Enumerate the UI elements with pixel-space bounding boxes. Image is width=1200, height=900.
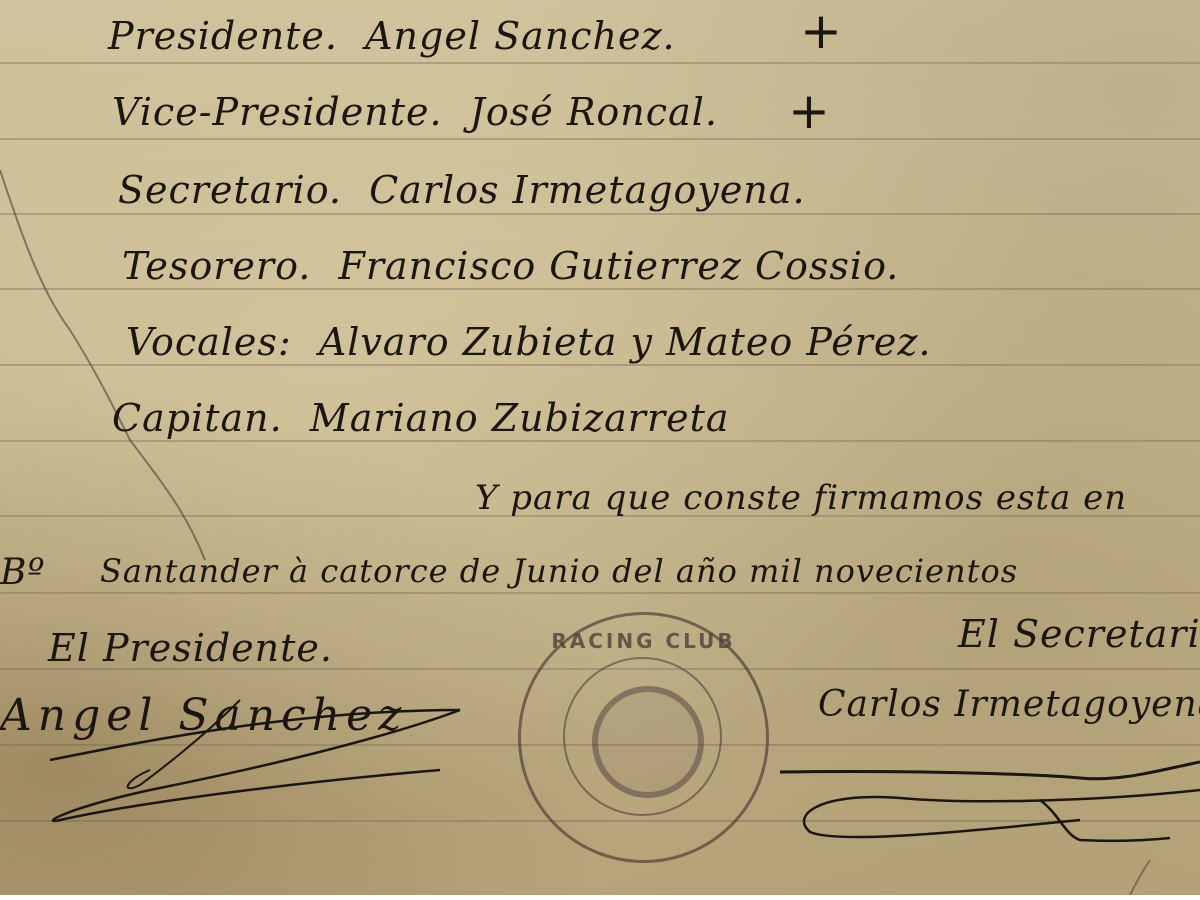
member-name: Francisco Gutierrez Cossio. (338, 244, 899, 288)
member-name: Angel Sanchez. (365, 14, 675, 58)
role-label: Vice-Presidente. (112, 90, 443, 134)
closing-line-1: Y para que conste firmamos esta en (475, 478, 1127, 518)
role-label: Capitan. (112, 396, 283, 440)
president-signature-flourish (0, 660, 500, 860)
margin-note: Bº (0, 552, 45, 593)
club-stamp: RACING CLUB (518, 612, 769, 863)
deceased-cross-icon: + (788, 82, 830, 140)
board-row-captain: Capitan. Mariano Zubizarreta (112, 396, 730, 440)
closing-line-2: Santander à catorce de Junio del año mil… (100, 552, 1018, 590)
role-label: Tesorero. (122, 244, 311, 288)
deceased-cross-icon: + (800, 2, 842, 60)
board-row-members: Vocales: Alvaro Zubieta y Mateo Pérez. (126, 320, 931, 364)
secretary-signature-flourish (780, 760, 1200, 870)
stamp-inner-ring (563, 657, 722, 816)
board-row-secretary: Secretario. Carlos Irmetagoyena. (118, 168, 806, 212)
role-label: Presidente. (108, 14, 338, 58)
secretary-label: El Secretario (958, 612, 1200, 656)
member-name: Mariano Zubizarreta (310, 396, 730, 440)
secretary-signature-text: Carlos Irmetagoyena (818, 684, 1200, 725)
member-name: Carlos Irmetagoyena. (369, 168, 806, 212)
role-label: Vocales: (126, 320, 292, 364)
document-page: Presidente. Angel Sanchez. + Vice-Presid… (0, 0, 1200, 895)
stamp-emblem-icon (592, 686, 704, 798)
member-name: José Roncal. (470, 90, 718, 134)
member-name: Alvaro Zubieta y Mateo Pérez. (319, 320, 932, 364)
stamp-text: RACING CLUB (521, 629, 766, 653)
board-row-president: Presidente. Angel Sanchez. (108, 14, 676, 58)
board-row-treasurer: Tesorero. Francisco Gutierrez Cossio. (122, 244, 899, 288)
board-row-vice-president: Vice-Presidente. José Roncal. (112, 90, 718, 134)
role-label: Secretario. (118, 168, 342, 212)
